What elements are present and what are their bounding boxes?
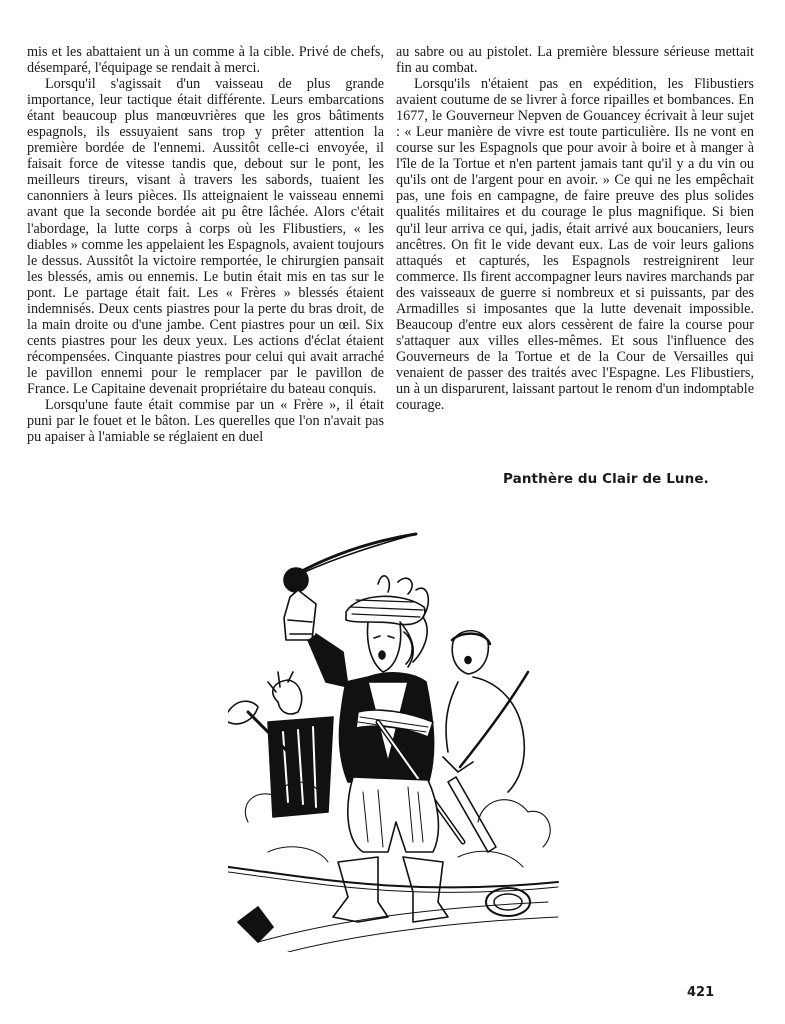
paragraph: Lorsqu'il s'agissait d'un vaisseau de pl… [27,76,384,397]
page-number: 421 [687,985,714,1000]
paragraph: au sabre ou au pistolet. La première ble… [396,44,754,76]
paragraph: mis et les abattaient un à un comme à la… [27,44,384,76]
right-column: au sabre ou au pistolet. La première ble… [396,44,754,413]
paragraph: Lorsqu'une faute était commise par un « … [27,397,384,445]
pirate-illustration [228,522,573,952]
sabre-guard-icon [284,568,308,592]
paragraph: Lorsqu'ils n'étaient pas en expédition, … [396,76,754,413]
author-signature: Panthère du Clair de Lune. [503,471,709,487]
left-column: mis et les abattaient un à un comme à la… [27,44,384,445]
